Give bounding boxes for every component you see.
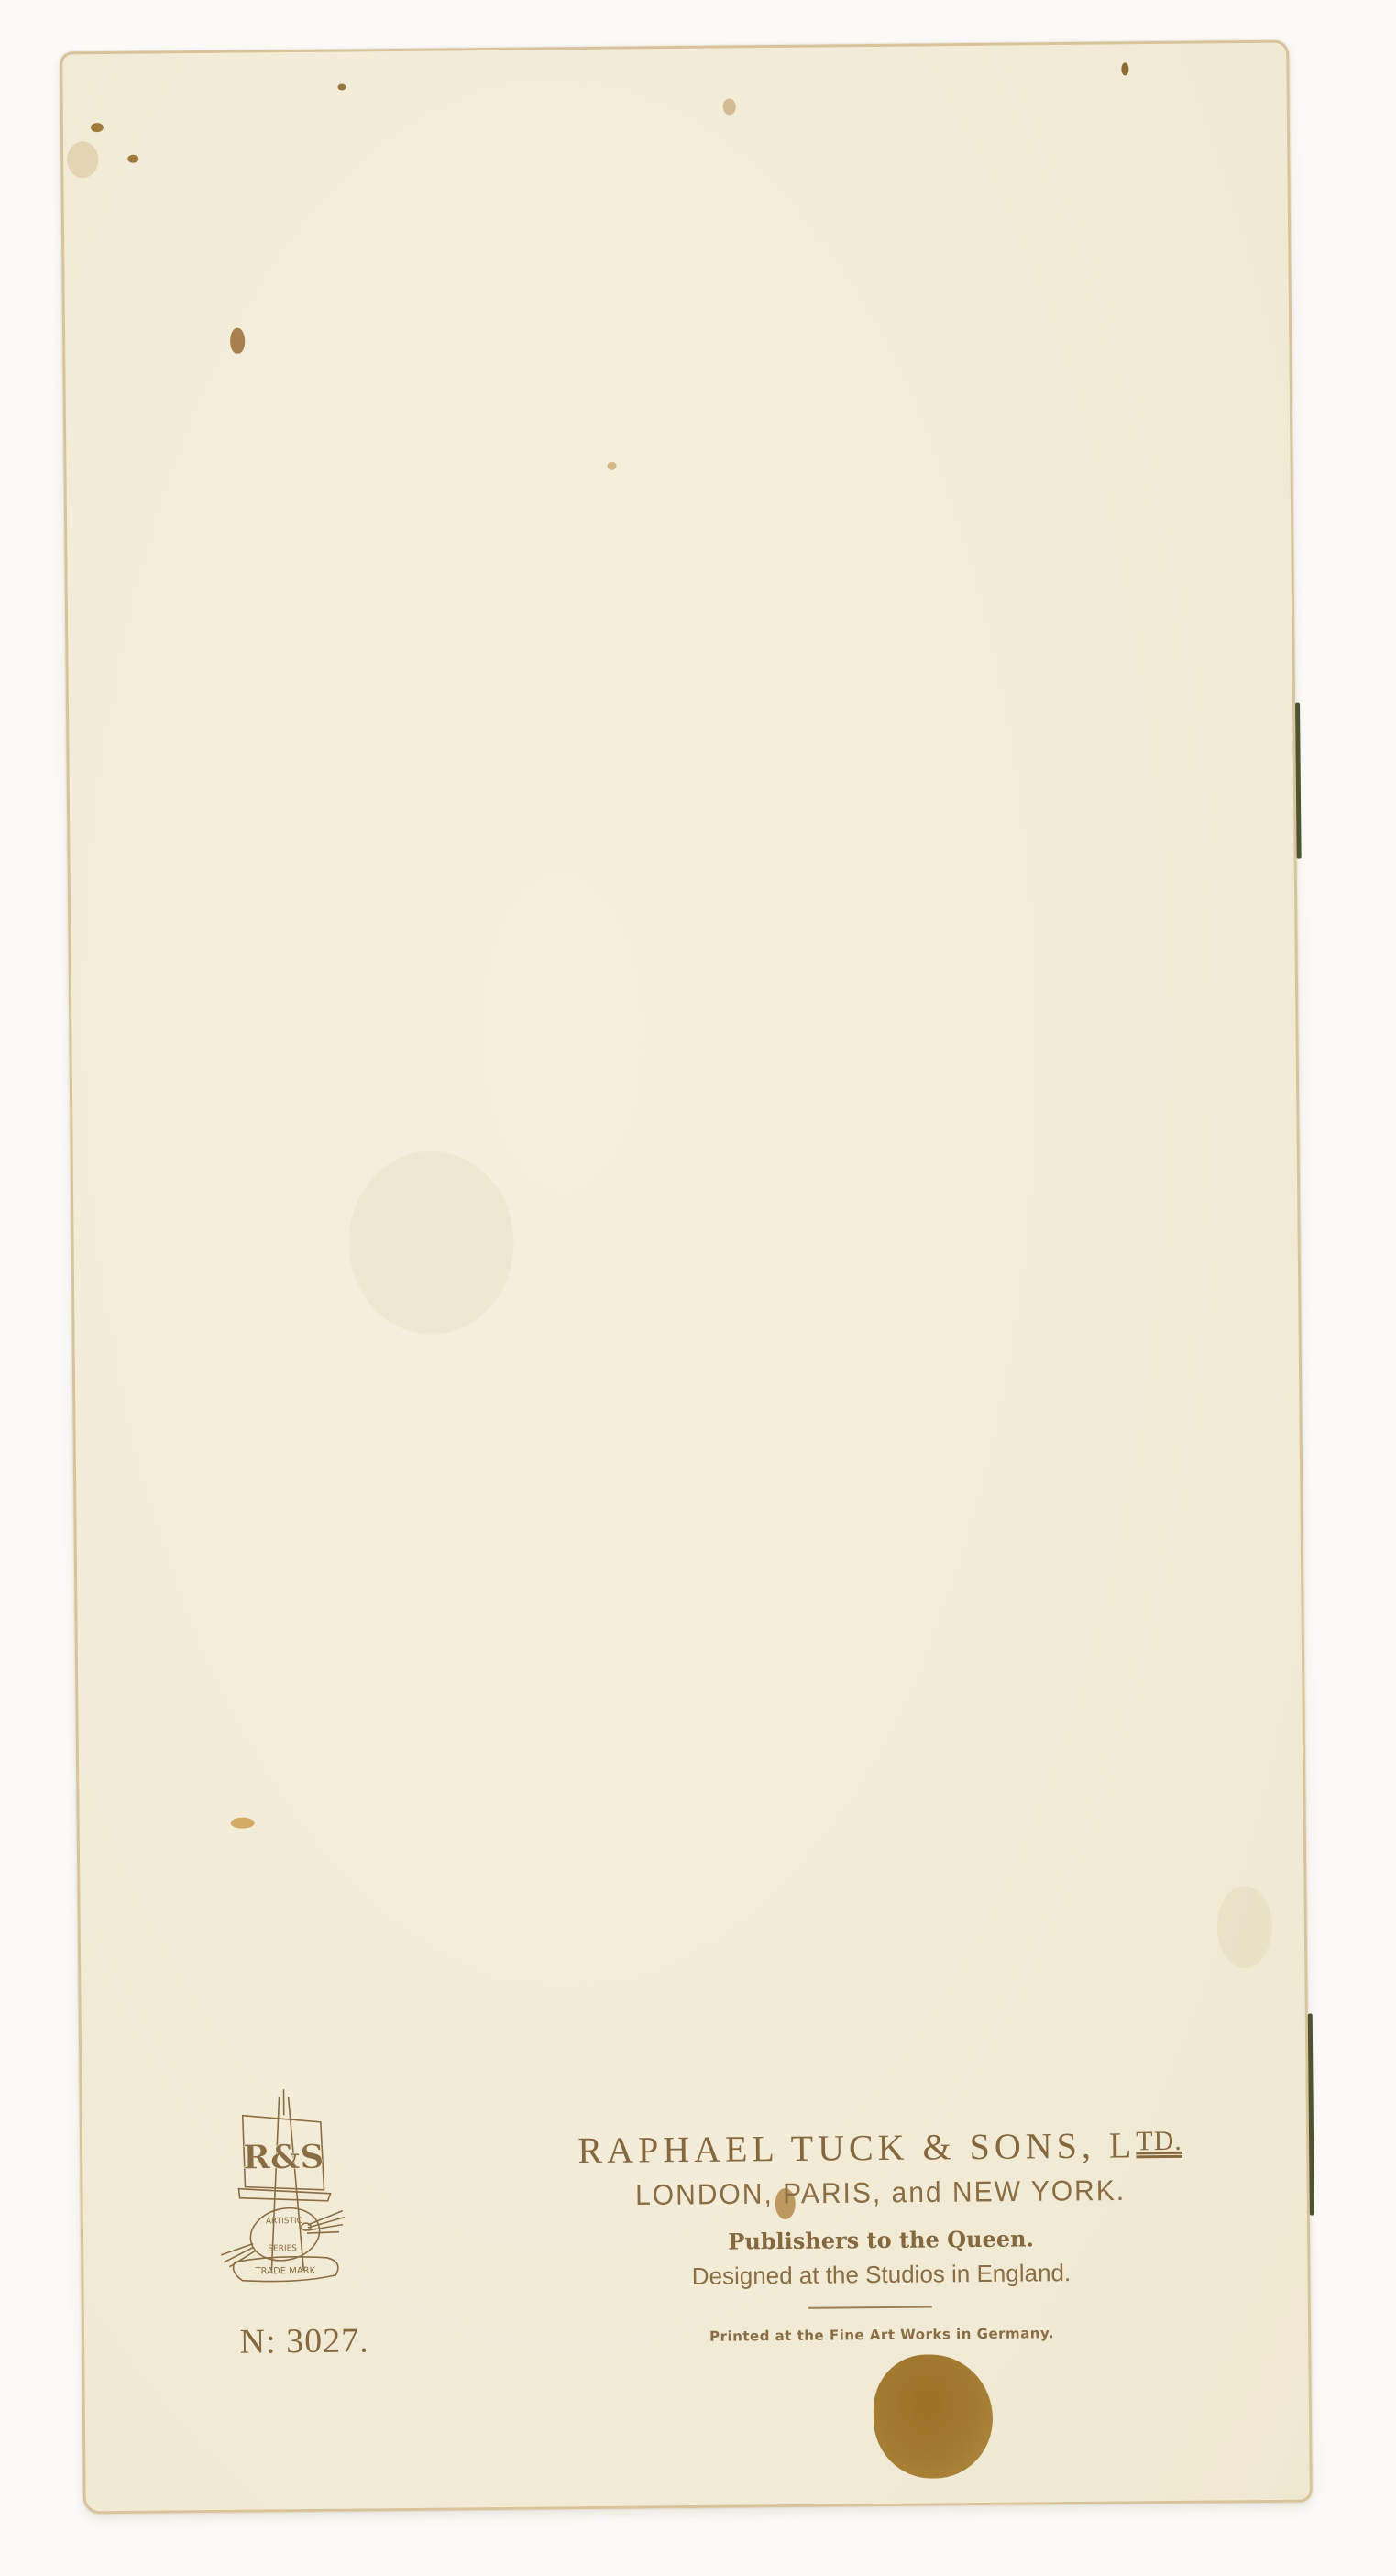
artistic-series-trademark-logo: R&S ARTISTIC SERIES TRADE MARK: [214, 2087, 354, 2290]
stain-spot: [91, 123, 104, 132]
design-origin: Designed at the Studios in England.: [487, 2257, 1275, 2293]
publisher-name-main: RAPHAEL TUCK & SONS, L: [577, 2124, 1136, 2171]
stain-spot: [231, 1818, 255, 1829]
stain-spot-large: [873, 2354, 993, 2479]
stain-spot: [723, 98, 736, 115]
svg-text:ARTISTIC: ARTISTIC: [266, 2217, 302, 2226]
stain-spot: [337, 84, 346, 91]
scan-background: R&S ARTISTIC SERIES TRADE MARK N: 3027. …: [0, 0, 1396, 2576]
stain-spot: [1216, 1886, 1272, 1969]
card-back: R&S ARTISTIC SERIES TRADE MARK N: 3027. …: [60, 40, 1313, 2515]
svg-text:SERIES: SERIES: [268, 2244, 297, 2253]
stain-spot: [348, 1150, 515, 1336]
spine-edge-lower: [1308, 2013, 1314, 2215]
publisher-name: RAPHAEL TUCK & SONS, LTD.: [486, 2122, 1274, 2173]
print-origin: Printed at the Fine Art Works in Germany…: [488, 2323, 1276, 2347]
svg-text:R&S: R&S: [243, 2138, 324, 2177]
stain-spot: [1121, 62, 1128, 75]
stain-spot: [607, 462, 616, 470]
publisher-cities: LONDON, PARIS, and NEW YORK.: [486, 2174, 1274, 2214]
stain-spot: [127, 155, 138, 163]
stain-spot: [230, 328, 245, 354]
stain-spot: [67, 141, 98, 178]
royal-appointment: Publishers to the Queen.: [487, 2223, 1275, 2257]
publisher-name-suffix: TD.: [1136, 2126, 1182, 2156]
divider-rule: [808, 2306, 932, 2308]
spine-edge-upper: [1295, 703, 1302, 859]
catalog-number: N: 3027.: [213, 2320, 396, 2362]
svg-text:TRADE MARK: TRADE MARK: [255, 2266, 316, 2277]
